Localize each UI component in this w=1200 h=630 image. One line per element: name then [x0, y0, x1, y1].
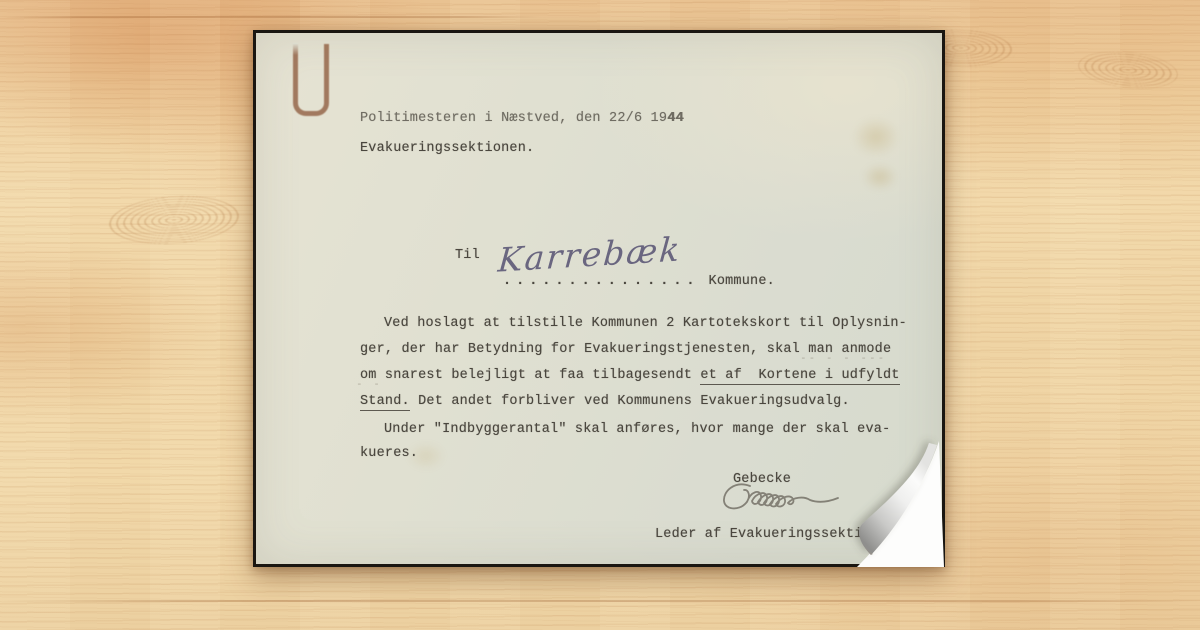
paper-stain [862, 163, 898, 191]
page-curl [845, 427, 945, 567]
header-line-sender-date: Politimesteren i Næstved, den 22/6 1944 [360, 110, 684, 128]
header-text: Politimesteren i Næstved, den 22/6 19 [360, 111, 667, 126]
dotted-line: ............... [503, 274, 700, 289]
header-line-section: Evakueringssektionen. [360, 140, 534, 158]
body-line-3-underlined: et af Kortene i udfyldt [700, 368, 899, 385]
pencil-marks: - - [356, 377, 382, 390]
body-line-3-plain: om snarest belejligt at faa tilbagesendt [360, 368, 700, 383]
body-line-4: Stand. Det andet forbliver ved Kommunens… [360, 393, 850, 411]
paper-stain [852, 117, 900, 157]
body-line-3: om snarest belejligt at faa tilbagesendt… [360, 367, 900, 385]
wood-plank-seam [0, 600, 1200, 602]
paperclip-rust-mark [293, 44, 329, 116]
body-line-5: Under "Indbyggerantal" skal anføres, hvo… [384, 421, 890, 439]
recipient-dotted-line-row: ...............Kommune. [503, 273, 775, 291]
wood-plank-seam [0, 16, 540, 18]
body-line-6: kueres. [360, 445, 418, 463]
til-label: Til [455, 247, 480, 265]
handwritten-signature [720, 478, 846, 520]
body-line-4-underlined: Stand. [360, 394, 410, 411]
overstruck-year-digits: 44 [667, 111, 684, 126]
body-line-1: Ved hoslagt at tilstille Kommunen 2 Kart… [384, 315, 907, 333]
document-photo: Politimesteren i Næstved, den 22/6 1944 … [253, 30, 945, 567]
pencil-marks: -- - - --- [800, 351, 886, 364]
body-line-4-plain: Det andet forbliver ved Kommunens Evakue… [410, 394, 850, 409]
desk-scene: Politimesteren i Næstved, den 22/6 1944 … [0, 0, 1200, 630]
kommune-label: Kommune. [709, 274, 775, 289]
